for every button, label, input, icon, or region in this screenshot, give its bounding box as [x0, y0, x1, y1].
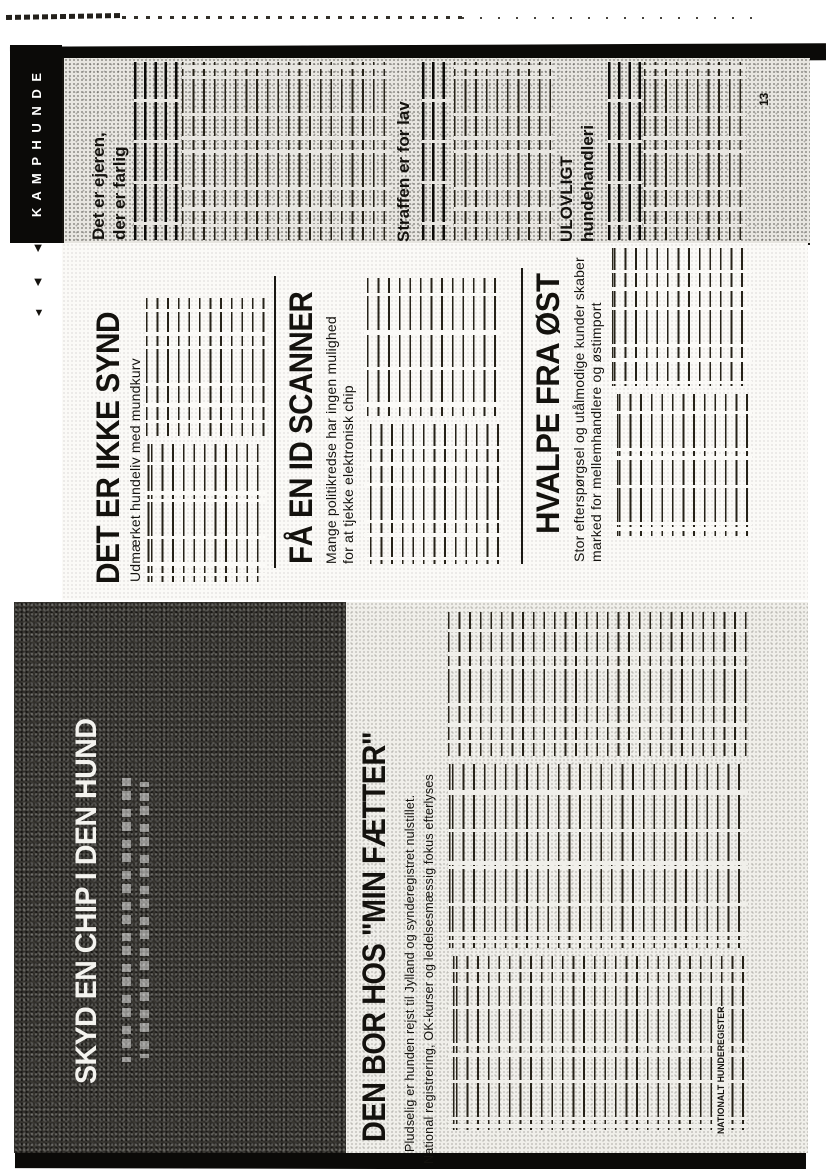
muzzle-subhead: Udmærket hundeliv med mundkurv	[127, 298, 144, 582]
body-text-illegible	[134, 62, 180, 240]
scan-artifact-line	[6, 13, 122, 20]
body-text-illegible	[182, 62, 392, 240]
section-label: K A M P H U N D E	[10, 45, 62, 243]
page-number: 13	[756, 80, 772, 106]
cousin-subhead-line1: Pludselig er hunden rejst til Jylland og…	[402, 632, 418, 1152]
column-rule	[521, 268, 523, 564]
strip-article-owner-headline: Det er ejeren, der er farlig	[88, 68, 132, 240]
puppies-subhead: Stor efterspørgsel og utålmodige kunder …	[572, 270, 604, 562]
body-text-illegible	[448, 956, 748, 1130]
scanner-headline: FÅ EN ID SCANNER	[282, 278, 320, 564]
scan-artifact-line	[122, 16, 462, 19]
puppies-headline: HVALPE FRA ØST	[528, 270, 568, 534]
scan-artifact-line	[462, 17, 762, 19]
scanner-subhead: Mange politikredse har ingen mulighed fo…	[324, 278, 356, 564]
column-rule	[274, 276, 276, 568]
body-text-illegible	[146, 298, 266, 436]
cousin-headline: DEN BOR HOS "MIN FÆTTER"	[352, 610, 396, 1142]
body-text-illegible	[454, 62, 556, 240]
photo-caption-illegible	[140, 782, 149, 1058]
body-text-illegible	[612, 394, 752, 536]
triangle-marker-icon: ▼	[28, 240, 48, 255]
body-text-illegible	[644, 62, 746, 240]
body-text-illegible	[608, 62, 642, 240]
body-text-illegible	[364, 424, 502, 564]
strip-article-illegal-headline: ULOVLIGT hundehandleri	[556, 62, 600, 242]
dog-photo	[14, 602, 346, 1153]
muzzle-headline: DET ER IKKE SYND	[90, 296, 126, 584]
body-text-illegible	[364, 278, 502, 416]
body-text-illegible	[422, 62, 452, 240]
triangle-marker-icon: ▼	[28, 274, 48, 289]
photo-headline: SKYD EN CHIP I DEN HUND	[66, 698, 108, 1084]
strip-article-penalty-headline: Straffen er for lav	[392, 86, 416, 242]
body-text-illegible	[448, 612, 748, 756]
cousin-subhead-line2: National registrering, OK-kurser og lede…	[421, 632, 437, 1164]
triangle-marker-icon: ▼	[29, 307, 49, 319]
photo-caption-illegible	[122, 778, 131, 1062]
section-label-text: K A M P H U N D E	[10, 45, 62, 243]
bottom-frame-bar	[15, 1151, 806, 1169]
body-text-illegible	[612, 248, 752, 386]
cousin-inline-subhead: NATIONALT HUNDEREGISTER	[714, 1000, 728, 1134]
body-text-illegible	[448, 764, 748, 948]
body-text-illegible	[146, 444, 266, 582]
